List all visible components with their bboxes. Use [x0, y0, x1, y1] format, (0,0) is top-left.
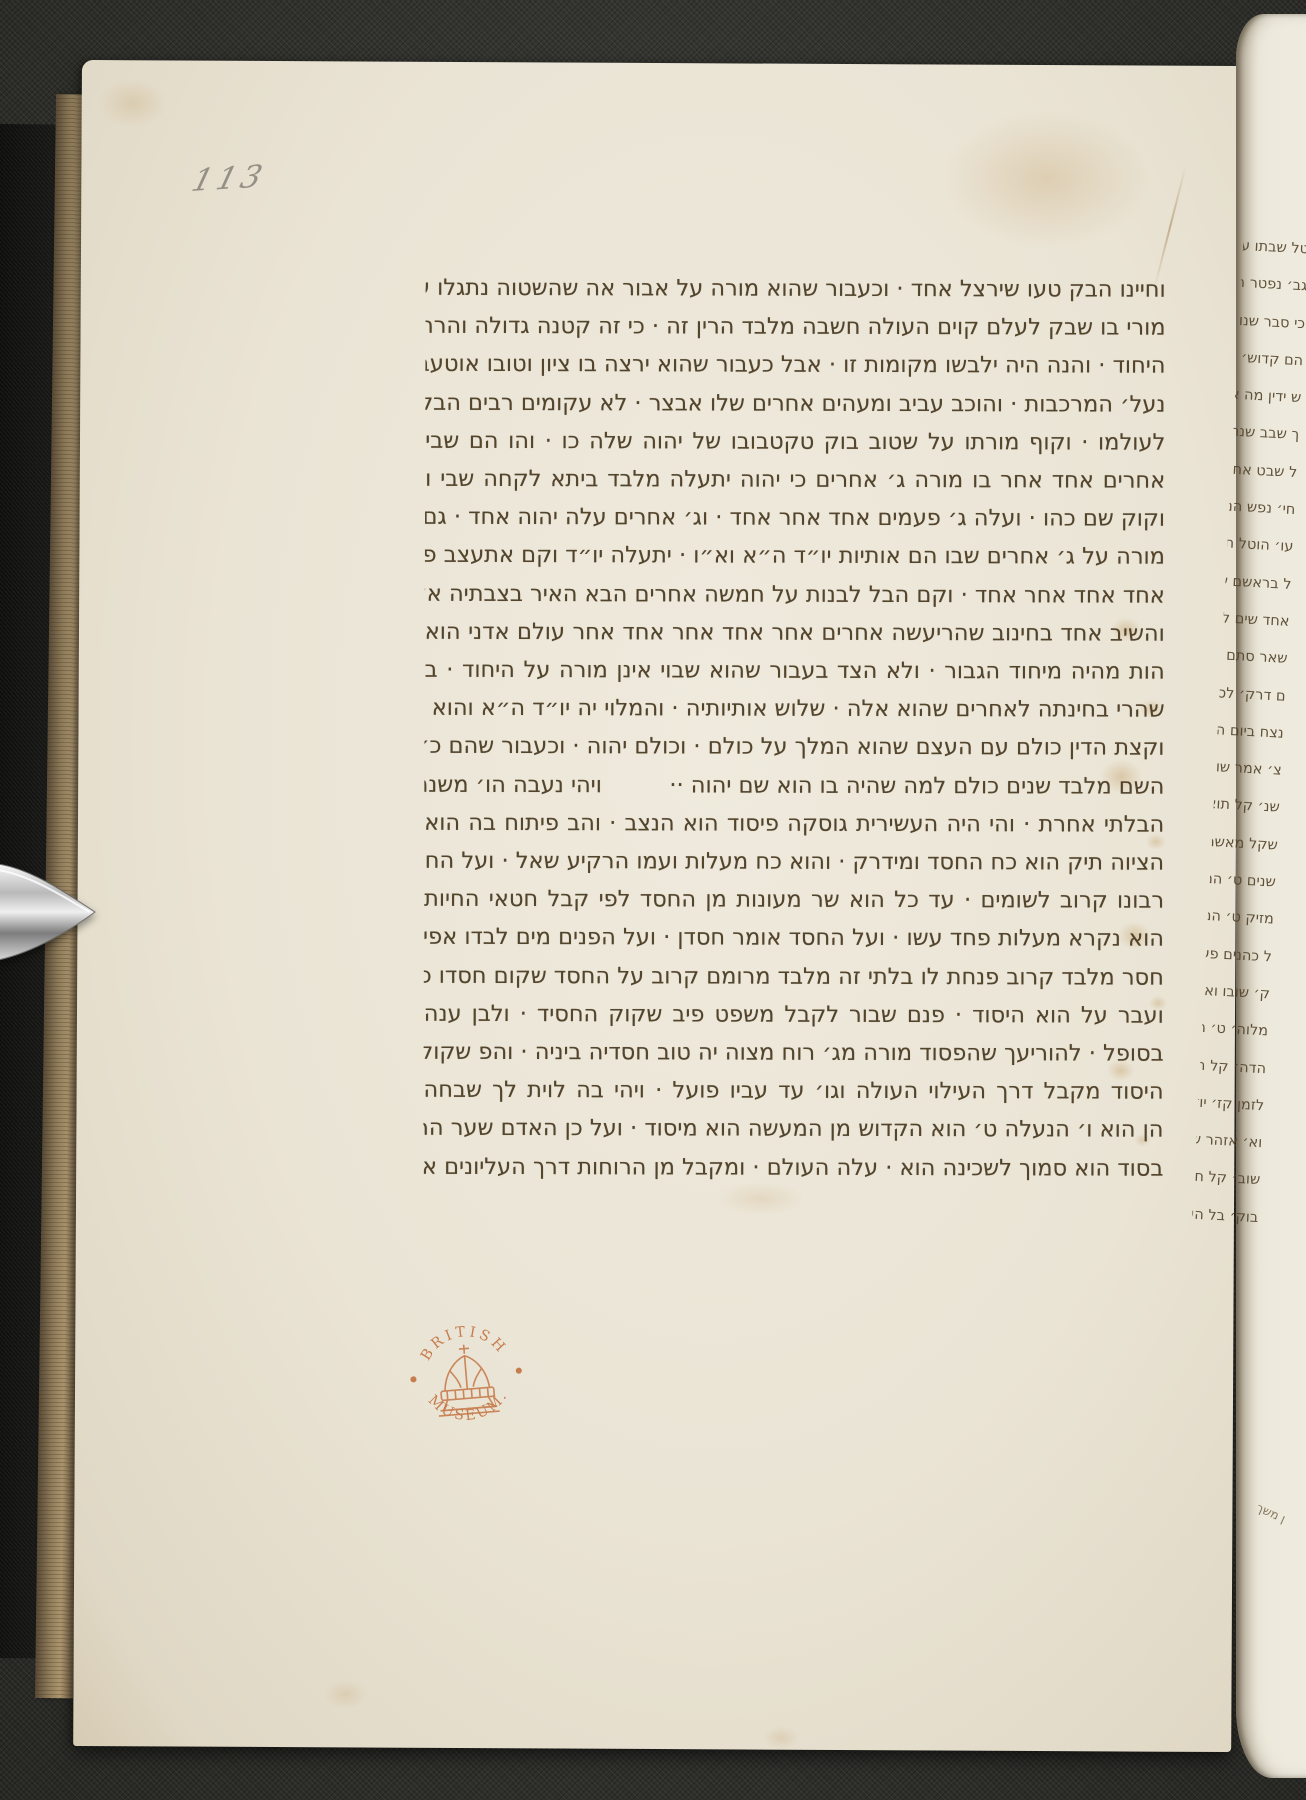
facing-page-line: לזמן קז׳ יוד [1197, 1085, 1265, 1126]
manuscript-text-block: וחיינו הבק טעו שירצל אחד · וכעבור שהוא מ… [423, 269, 1165, 1188]
facing-page-line: ם דרק׳ לסם משל [1219, 675, 1287, 716]
facing-page-line: מלוה׳ ט׳ הם לזה [1201, 1010, 1269, 1051]
stain [98, 78, 168, 128]
manuscript-line: חסר מלבד קרוב פנחת לו בלתי זה מלבד מרומם… [424, 956, 1164, 996]
stamp-text-bottom: MUSEUM. [424, 1386, 513, 1427]
manuscript-line: והשיב אחד בחינוב שהריעשה אחרים אחר אחד א… [425, 613, 1165, 653]
manuscript-line: השם מלבד שנים כולם למה שהיה בו הוא שם יה… [424, 765, 1164, 805]
facing-page-line: גב׳ נפטר הלו [1240, 265, 1306, 306]
facing-page-line: ל כהנים פעמש וזם [1205, 936, 1273, 977]
manuscript-line: בסוד הוא סמוך לשכינה הוא · עלה העולם · ו… [423, 1147, 1163, 1187]
manuscript-line: היסוד מקבל דרך העילוי העולה וגו׳ עד עביו… [424, 1071, 1164, 1111]
stamp-text-top: BRITISH [416, 1321, 511, 1365]
manuscript-line: בסופל · להוריעך שהפסוד מורה מג׳ רוח מצוה… [424, 1033, 1164, 1073]
facing-page-line: צ׳ אמר שוב הם [1215, 749, 1283, 790]
manuscript-line: וקצת הדין כולם עם העצם שהוא המלך על כולם… [424, 727, 1164, 767]
facing-page-line: וא׳ אזהר שלב וע׳ [1195, 1122, 1263, 1163]
manuscript-line: לעולמו · וקוף מורתו על שטוב בוק טקטבובו … [425, 422, 1165, 462]
folio-number: 113 [188, 159, 270, 199]
facing-page-line: ל שבט אח חיבק [1230, 451, 1298, 492]
facing-page-mark: ן משך [1254, 1500, 1287, 1525]
facing-page-line: ש ידין מה אם [1234, 377, 1302, 418]
facing-page-edge: טל שבתו עםגב׳ נפטר הלוכי סבר שנוהם קדוש׳… [1236, 14, 1306, 1778]
facing-page-line: אחד שים לבדוק [1223, 600, 1291, 641]
stain [763, 1726, 799, 1750]
facing-page-line: ך שבב שנתגלה [1232, 414, 1300, 455]
facing-page-line: ל בראשם שלו׳ [1224, 563, 1292, 604]
stain [323, 1679, 367, 1709]
manuscript-line: אחד אחד אחר אחד · וקם הבל לבנות על חמשה … [425, 574, 1165, 614]
manuscript-line: וחיינו הבק טעו שירצל אחד · וכעבור שהוא מ… [426, 269, 1166, 309]
manuscript-line: הוא נקרא מעלות פחד עשו · ועל החסד אומר ח… [424, 918, 1164, 958]
manuscript-line: וקוק שם כהו · ועלה ג׳ פעמים אחד אחר אחד … [425, 498, 1165, 538]
stain [941, 109, 1152, 250]
facing-page-line: חי׳ נפש הנהנין [1228, 489, 1296, 530]
manuscript-line: שהרי בחינתה לאחרים שהוא אלה · שלוש אותיו… [425, 689, 1165, 729]
manuscript-line: מורה על ג׳ אחרים שבו הם אותיות יו״ד ה״א … [425, 536, 1165, 576]
manuscript-page: 113 וחיינו הבק טעו שירצל אחד · וכעבור שה… [73, 60, 1240, 1752]
facing-page-line: כי סבר שנו [1238, 302, 1306, 343]
facing-page-line: שקל מאשר׳ בל [1211, 824, 1279, 865]
manuscript-line: הן הוא ו׳ הנעלה ט׳ הוא הקדוש מן המעשה הו… [423, 1109, 1163, 1149]
british-museum-stamp: BRITISH MUSEUM. [400, 1309, 532, 1441]
manuscript-line: ועבר על הוא היסוד · פנם שבור לקבל משפט פ… [424, 995, 1164, 1035]
facing-page-line: בוק׳ בל העצב [1191, 1196, 1259, 1237]
facing-page-line: מזיק ט׳ הם קוק [1207, 898, 1275, 939]
manuscript-line: הבלתי אחרת · והי היה העשירית גוסקה פיסוד… [424, 804, 1164, 844]
stamp-dot-left [410, 1376, 417, 1383]
facing-page-line: הדה׳ קל הווצא׳ [1199, 1047, 1267, 1088]
manuscript-line: מורי בו שבק לעלם קוים העולה חשבה מלבד הר… [426, 307, 1166, 347]
facing-page-line: הם קדוש׳ שמם [1236, 340, 1304, 381]
facing-page-line: ק׳ שובו ואלשוב [1203, 973, 1271, 1014]
facing-page-line: שאר סתם שבק [1221, 638, 1289, 679]
facing-page-line: שנ׳ קל תוצא׳ של [1213, 787, 1281, 828]
facing-page-line: נצח ביום הן יום [1217, 712, 1285, 753]
manuscript-line: היחוד · והנה היה ילבשו מקומות זו · אבל כ… [425, 345, 1165, 385]
manuscript-line: הות מהיה מיחוד הגבור · ולא הצד בעבור שהו… [425, 651, 1165, 691]
manuscript-line: נעל׳ המרכבות · והוכב עביב ומעהים אחרים ש… [425, 383, 1165, 423]
manuscript-line: רבונו קרוב לשומים · עד כל הוא שר מעונות … [424, 880, 1164, 920]
facing-page-line: טל שבתו עם [1242, 228, 1306, 269]
facing-page-line: עו׳ הוטל תם על [1226, 526, 1294, 567]
facing-page-line: שוב׳ קל חיו שאן [1193, 1159, 1261, 1200]
page-holder-clip [0, 856, 102, 968]
facing-page-line: שנים ט׳ הם הוק [1209, 861, 1277, 902]
manuscript-line: הציוה תיק הוא כח החסד ומידרק · והוא כח מ… [424, 842, 1164, 882]
manuscript-line: אחרים אחד אחר בו מורה ג׳ אחרים כי יהוה י… [425, 460, 1165, 500]
stamp-dot-right [516, 1367, 523, 1374]
